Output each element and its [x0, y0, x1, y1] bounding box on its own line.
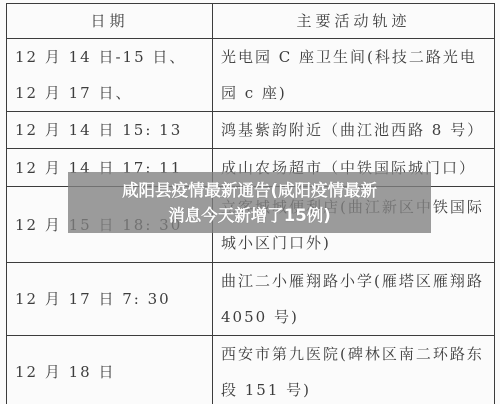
table-row: 12 月 17 日 7: 30 曲江二小雁翔路小学(雁塔区雁翔路 4050 号) — [7, 263, 495, 336]
table-row: 12 月 14 日 15: 13 鸿基紫韵附近（曲江池西路 8 号） — [7, 112, 495, 149]
location-cell: 光电园 C 座卫生间(科技二路光电园 c 座) — [213, 39, 495, 112]
table-row: 12 月 14 日-15 日、12 月 17 日、 光电园 C 座卫生间(科技二… — [7, 39, 495, 112]
location-cell: 鸿基紫韵附近（曲江池西路 8 号） — [213, 112, 495, 149]
location-cell: 西安市第九医院(碑林区南二环路东段 151 号) — [213, 336, 495, 404]
table-header-row: 日期 主要活动轨迹 — [7, 4, 495, 39]
headline-line-2: 消息今天新增了15例) — [168, 203, 331, 228]
document-image: 日期 主要活动轨迹 12 月 14 日-15 日、12 月 17 日、 光电园 … — [0, 0, 500, 404]
date-cell: 12 月 14 日 15: 13 — [7, 112, 213, 149]
location-cell: 曲江二小雁翔路小学(雁塔区雁翔路 4050 号) — [213, 263, 495, 336]
date-cell: 12 月 18 日 — [7, 336, 213, 404]
date-cell: 12 月 17 日 7: 30 — [7, 263, 213, 336]
headline-overlay: 咸阳县疫情最新通告(咸阳疫情最新 消息今天新增了15例) — [68, 172, 431, 233]
header-date: 日期 — [7, 4, 213, 39]
headline-line-1: 咸阳县疫情最新通告(咸阳疫情最新 — [122, 178, 377, 203]
table-row: 12 月 18 日 西安市第九医院(碑林区南二环路东段 151 号) — [7, 336, 495, 404]
header-activity-trace: 主要活动轨迹 — [213, 4, 495, 39]
date-cell: 12 月 14 日-15 日、12 月 17 日、 — [7, 39, 213, 112]
